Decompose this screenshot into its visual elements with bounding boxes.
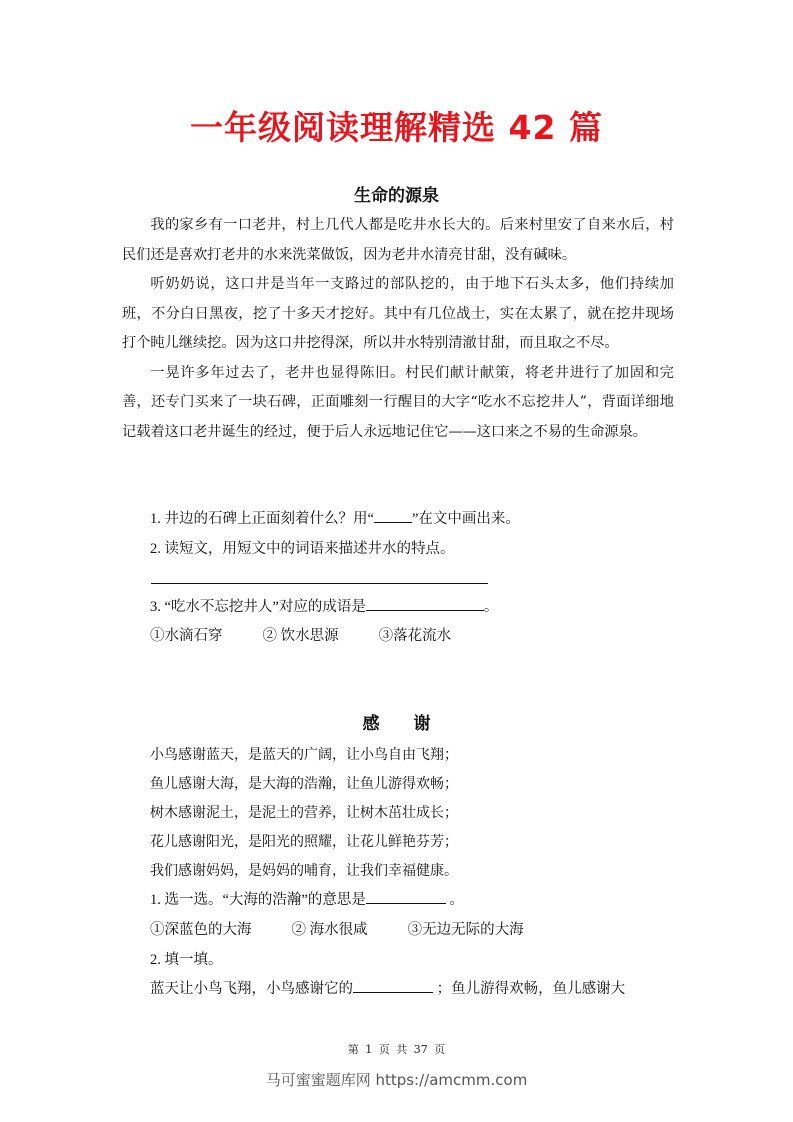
passage1-paragraph: 听奶奶说，这口井是当年一支路过的部队挖的，由于地下石头太多，他们持续加班，不分白… [122,270,674,359]
passage1-question-2: 2. 读短文，用短文中的词语来描述井水的特点。 [150,538,455,560]
poem-line: 我们感谢妈妈，是妈妈的哺育，让我们幸福健康。 [150,860,458,882]
passage2-question-2: 2. 填一填。 [150,949,223,971]
question-text: 1. 井边的石碑上正面刻着什么？用“ [150,511,374,527]
page-title: 一年级阅读理解精选 42 篇 [0,106,793,150]
option[interactable]: ② 海水很咸 [292,922,368,938]
poem-line: 花儿感谢阳光，是阳光的照耀，让花儿鲜艳芬芳； [150,831,458,853]
passage1-question-1: 1. 井边的石碑上正面刻着什么？用“”在文中画出来。 [150,508,520,530]
passage2-question-2-fill: 蓝天让小鸟飞翔，小鸟感谢它的 ；鱼儿游得欢畅，鱼儿感谢大 [150,978,625,1000]
passage1-question-3: 3. “吃水不忘挖井人”对应的成语是。 [150,596,498,618]
question-text: ；鱼儿游得欢畅，鱼儿感谢大 [433,981,625,997]
option[interactable]: ③无边无际的大海 [408,922,524,938]
question-text: 。 [484,599,499,615]
passage1-paragraph: 一晃许多年过去了，老井也显得陈旧。村民们献计献策，将老井进行了加固和完善，还专门… [122,359,674,448]
question-text: ”在文中画出来。 [412,511,520,527]
answer-line[interactable] [151,583,488,584]
option[interactable]: ③落花流水 [379,628,452,644]
poem-line: 树木感谢泥土，是泥土的营养，让树木茁壮成长； [150,802,458,824]
option[interactable]: ①水滴石穿 [150,628,223,644]
passage1-body: 我的家乡有一口老井，村上几代人都是吃井水长大的。后来村里安了自来水后，村民们还是… [122,211,674,447]
answer-blank[interactable] [353,978,433,993]
option[interactable]: ② 饮水思源 [263,628,339,644]
answer-blank[interactable] [366,889,446,904]
question-text: 蓝天让小鸟飞翔，小鸟感谢它的 [150,981,353,997]
answer-blank[interactable] [366,596,484,611]
passage1-paragraph: 我的家乡有一口老井，村上几代人都是吃井水长大的。后来村里安了自来水后，村民们还是… [122,211,674,270]
question-text: 3. “吃水不忘挖井人”对应的成语是 [150,599,366,615]
poem-line: 鱼儿感谢大海，是大海的浩瀚，让鱼儿游得欢畅； [150,773,458,795]
page-number: 第 1 页 共 37 页 [0,1041,793,1057]
passage2-question-1-options: ①深蓝色的大海② 海水很咸③无边无际的大海 [150,919,524,941]
option[interactable]: ①深蓝色的大海 [150,922,252,938]
question-text: 1. 选一选。“大海的浩瀚”的意思是 [150,892,366,908]
poem-line: 小鸟感谢蓝天，是蓝天的广阔，让小鸟自由飞翔； [150,744,458,766]
passage1-question-3-options: ①水滴石穿② 饮水思源③落花流水 [150,625,451,647]
answer-blank[interactable] [374,508,412,523]
passage1-title: 生命的源泉 [0,184,793,208]
watermark: 马可蜜蜜题库网 https://amcmm.com [0,1069,793,1090]
passage2-title: 感 谢 [0,712,793,736]
question-text: 。 [446,892,464,908]
passage2-question-1: 1. 选一选。“大海的浩瀚”的意思是 。 [150,889,464,911]
